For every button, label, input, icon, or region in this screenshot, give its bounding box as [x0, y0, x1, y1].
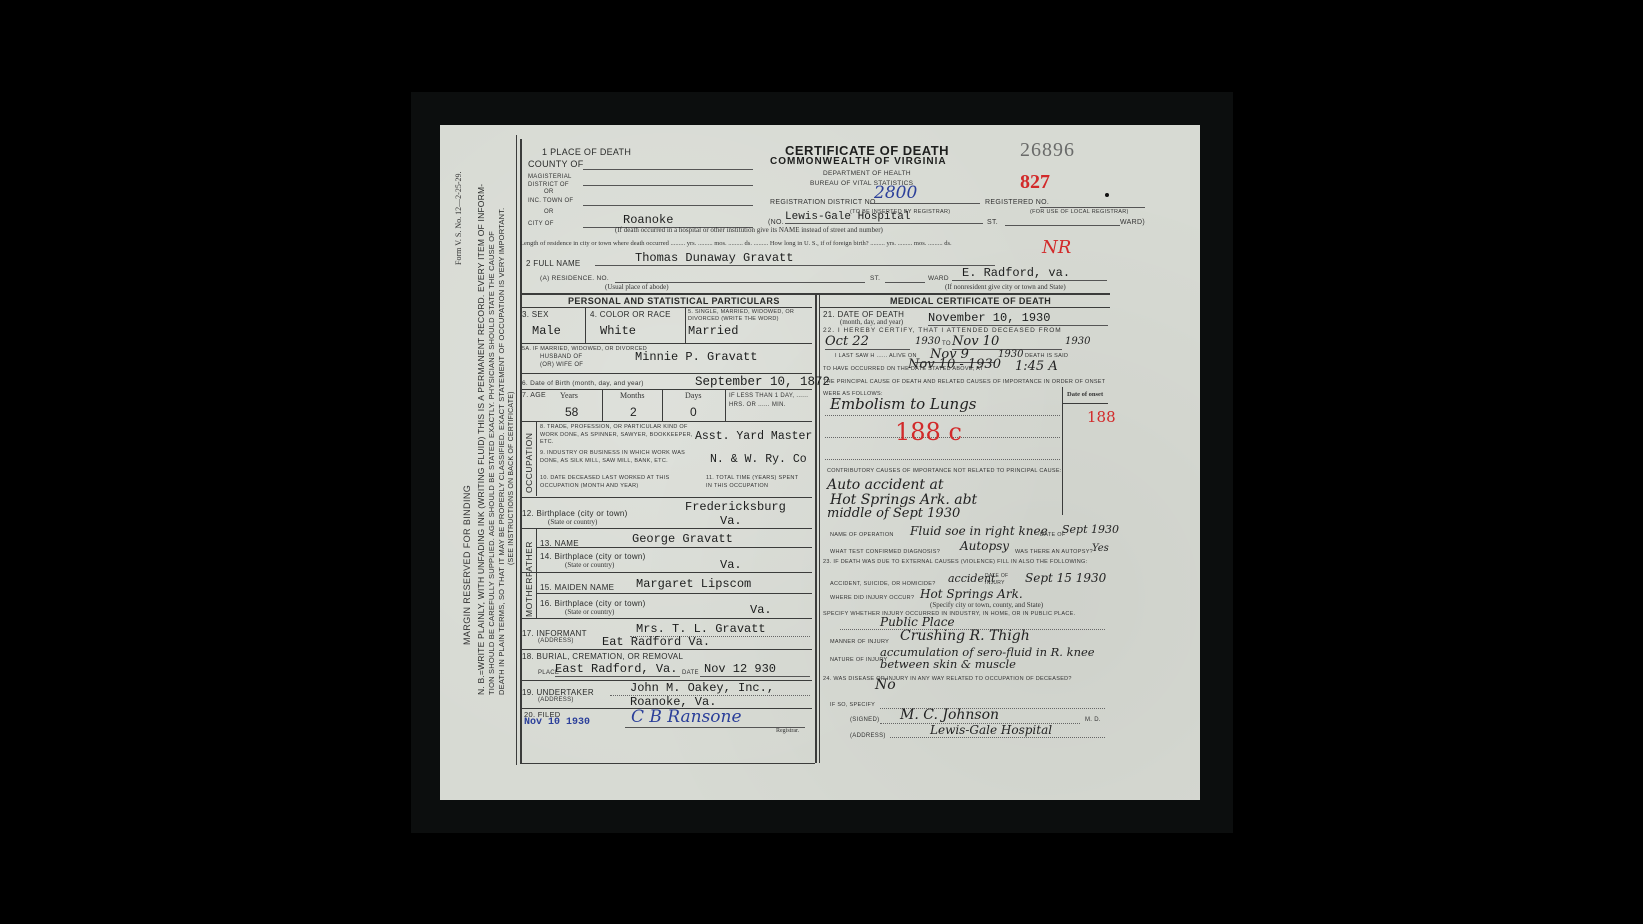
column-divider	[819, 293, 820, 763]
injury-date-label: Date of injury	[985, 573, 1019, 587]
sex-label: 3. Sex	[522, 310, 549, 319]
instructions-line-3: Death in Plain Terms, so That it May be …	[497, 208, 506, 695]
medical-header: Medical Certificate of Death	[890, 296, 1051, 306]
dob-label: 6. Date of Birth (month, day, and year)	[522, 380, 644, 387]
total-time-label: 11. Total time (years) spent in this occ…	[706, 475, 806, 490]
institution-note: (If death occurred in a hospital or othe…	[615, 226, 883, 234]
or-label: or	[544, 209, 554, 215]
occurred-on-value: Nov 10 - 1930	[908, 357, 1001, 372]
reg-district-label: Registration District No.	[770, 199, 878, 206]
race-value: White	[600, 324, 636, 338]
divider	[536, 547, 812, 548]
autopsy-label: Was there an autopsy?	[1015, 549, 1093, 555]
signed-label: (Signed)	[850, 717, 879, 723]
form-number: Form V. S. No. 12—2-25-29.	[454, 172, 463, 266]
undertaker-label: 19. Undertaker	[522, 688, 594, 697]
instructions-line-2: tion Should be Carefully Supplied. Age S…	[487, 231, 496, 695]
divider	[520, 649, 812, 650]
burial-date-label: Date	[682, 670, 699, 676]
divider	[536, 593, 812, 594]
mother-state-label: (State or country)	[565, 608, 614, 616]
nature-label: Nature of injury	[830, 657, 887, 663]
father-name-value: George Gravatt	[632, 532, 733, 546]
burial-label: 18. Burial, Cremation, or Removal	[522, 652, 683, 661]
magisterial-label: Magisterial District of	[528, 173, 578, 189]
certify-label: 22. I hereby certify, that I attended de…	[823, 327, 1062, 334]
autopsy-value: Yes	[1092, 543, 1109, 554]
stamp-number: 26896	[1020, 139, 1075, 162]
operation-date-value: Sept 1930	[1062, 523, 1119, 536]
less-than-label: If less than 1 day, ...... hrs. or .....…	[729, 392, 809, 410]
divider	[520, 572, 812, 573]
residence-ward-value: E. Radford, va.	[952, 266, 1107, 281]
injury-where-note: (Specify city or town, county, and State…	[930, 601, 1043, 609]
test-label: What test confirmed diagnosis?	[830, 549, 940, 555]
certificate-state: Commonwealth of Virginia	[770, 156, 947, 167]
spouse-husband-label: Husband of	[540, 354, 582, 360]
red-cause-code: 188 c	[895, 418, 962, 446]
operation-label: Name of operation	[830, 532, 894, 538]
onset-column-divider	[1062, 387, 1063, 515]
divider	[520, 497, 812, 498]
years-label: Years	[560, 391, 578, 400]
dod-sublabel: (month, day, and year)	[840, 318, 903, 326]
informant-label: 17. Informant	[522, 629, 587, 638]
informant-address-value: Eat Radford Va.	[602, 635, 710, 649]
external-causes-label: 23. If death was due to external causes …	[823, 558, 1108, 566]
spouse-value: Minnie P. Gravatt	[635, 350, 757, 364]
death-certificate: Form V. S. No. 12—2-25-29. Margin Reserv…	[440, 125, 1200, 800]
marital-label: 5. Single, Married, Widowed, or Divorced…	[688, 309, 813, 323]
full-name-value: Thomas Dunaway Gravatt	[595, 251, 995, 266]
undertaker-address-label: (Address)	[538, 697, 574, 703]
operation-value: Fluid soe in right knee	[910, 524, 1048, 538]
residence-ward-label: Ward	[928, 275, 949, 282]
margin-line	[516, 135, 517, 765]
mother-state-value: Va.	[750, 603, 772, 617]
occupation-side-label: Occupation	[524, 433, 534, 493]
cell-divider	[662, 389, 663, 421]
divider	[1062, 403, 1108, 404]
magisterial-line	[583, 185, 753, 186]
occurred-time-value: 1:45 A	[1015, 359, 1058, 374]
residence-length-label: Length of residence in city or town wher…	[520, 240, 952, 247]
mother-maiden-label: 15. Maiden Name	[540, 583, 614, 592]
institution-prefix: (No.	[768, 219, 784, 226]
onset-label: Date of onset	[1067, 391, 1103, 398]
cell-divider	[602, 389, 603, 421]
institution-st-label: St.	[987, 219, 998, 226]
principal-cause-value: Embolism to Lungs	[830, 395, 977, 413]
physician-signature: M. C. Johnson	[880, 707, 1080, 724]
red-onset-code: 188	[1087, 408, 1116, 426]
red-number: 827	[1020, 171, 1050, 194]
reg-district-value: 2800	[870, 183, 980, 204]
industry-label: 9. Industry or business in which work wa…	[540, 450, 700, 465]
contributory-label: Contributory causes of importance not re…	[827, 467, 1067, 475]
physician-address-label: (Address)	[850, 733, 886, 739]
residence-label: (A) Residence. No.	[540, 275, 609, 282]
trade-label: 8. Trade, profession, or particular kind…	[540, 424, 700, 447]
registrar-label: Registrar.	[776, 728, 799, 734]
cell-divider	[685, 307, 686, 343]
attended-to-year: 1930	[1065, 336, 1090, 347]
cell-divider	[536, 421, 537, 496]
personal-header: Personal and Statistical Particulars	[568, 296, 780, 306]
dot-mark	[1105, 193, 1109, 197]
cell-divider	[536, 528, 537, 618]
father-birthplace-label: 14. Birthplace (city or town)	[540, 552, 646, 561]
divider	[520, 618, 812, 619]
birthplace-label: 12. Birthplace (city or town)	[522, 509, 628, 518]
age-days-value: 0	[690, 405, 697, 419]
birthplace-city-value: Fredericksburg	[685, 500, 786, 514]
sex-value: Male	[532, 324, 561, 338]
contributory-line-3: middle of Sept 1930	[827, 506, 960, 521]
instructions-line-1: N. B.=Write Plainly, with Unfading Ink (…	[476, 184, 486, 695]
cell-divider	[725, 389, 726, 421]
filed-date-stamp: Nov 10 1930	[524, 717, 590, 728]
father-state-label: (State or country)	[565, 561, 614, 569]
if-so-label: If so, specify	[830, 702, 875, 708]
column-divider	[815, 293, 817, 763]
divider	[520, 389, 812, 390]
last-saw-label: I last saw h ...... alive on	[835, 353, 917, 359]
burial-place-value: East Radford, Va.	[555, 662, 680, 677]
red-nr-mark: NR	[1042, 237, 1071, 258]
margin-line	[520, 139, 522, 764]
county-line	[583, 169, 753, 170]
dod-value: November 10, 1930	[928, 311, 1108, 326]
registered-no-line	[1040, 207, 1145, 208]
manner-value: Crushing R. Thigh	[900, 628, 1030, 644]
injury-where-value: Hot Springs Ark.	[920, 587, 1023, 601]
divider	[520, 421, 812, 422]
last-worked-label: 10. Date deceased last worked at this oc…	[540, 475, 690, 490]
residence-note: (Usual place of abode)	[605, 283, 669, 291]
marital-value: Married	[688, 324, 738, 338]
divider	[520, 343, 812, 344]
birthplace-state-value: Va.	[720, 514, 742, 528]
days-label: Days	[685, 391, 701, 400]
mother-side-label: Mother	[524, 577, 534, 617]
city-label: City of	[528, 221, 554, 227]
birthplace-state-label: (State or country)	[548, 518, 597, 526]
attended-from-value: Oct 22	[825, 334, 910, 350]
bottom-border	[520, 763, 815, 764]
age-months-value: 2	[630, 405, 637, 419]
related-label: 24. Was disease or injury in any way rel…	[823, 672, 1108, 686]
full-name-label: 2 Full Name	[526, 259, 581, 268]
burial-date-value: Nov 12 930	[700, 662, 810, 677]
registered-no-label: Registered No.	[985, 199, 1049, 206]
dob-value: September 10, 1872	[695, 375, 830, 389]
cause-line	[825, 459, 1060, 460]
injury-where-label: Where did injury occur?	[830, 595, 914, 601]
divider	[520, 307, 812, 308]
institution-value: Lewis-Gale Hospital	[785, 211, 983, 224]
registered-no-note: (For use of local Registrar)	[1030, 209, 1129, 215]
industry-value: N. & W. Ry. Co	[710, 453, 807, 466]
department-label: Department of Health	[823, 170, 911, 177]
registrar-signature: C B Ransone	[625, 707, 805, 728]
cell-divider	[585, 307, 586, 343]
inc-town-label: Inc. Town of	[528, 198, 573, 204]
age-years-value: 58	[565, 405, 578, 419]
or-label: or	[544, 189, 554, 195]
institution-street-line	[1005, 225, 1120, 226]
spouse-wife-label: (or) Wife of	[540, 362, 583, 368]
instructions-line-4: (See Instructions on Back of Certificate…	[508, 391, 515, 565]
mother-birthplace-label: 16. Birthplace (city or town)	[540, 599, 646, 608]
related-value: No	[875, 677, 896, 693]
margin-note: Margin Reserved for Binding	[462, 485, 472, 645]
nature-value: accumulation of sero-fluid in R. knee be…	[880, 646, 1110, 670]
months-label: Months	[620, 391, 644, 400]
test-value: Autopsy	[960, 539, 1009, 553]
nonresident-note: (If nonresident give city or town and St…	[945, 283, 1066, 291]
spouse-label: 5a. If married, widowed, or divorced	[522, 346, 647, 352]
institution-ward-label: Ward)	[1120, 219, 1145, 226]
residence-st-line	[885, 282, 925, 283]
race-label: 4. Color or Race	[590, 310, 671, 319]
cause-line	[825, 415, 1060, 416]
county-label: County of	[528, 159, 584, 169]
place-of-death-label: 1 Place of Death	[542, 147, 631, 157]
father-state-value: Va.	[720, 558, 742, 572]
divider	[520, 528, 812, 529]
undertaker-value: John M. Oakey, Inc.,	[610, 681, 810, 696]
age-label: 7. Age	[522, 392, 546, 399]
attended-from-year: 1930	[915, 336, 940, 347]
divider	[520, 373, 812, 374]
physician-address-value: Lewis-Gale Hospital	[890, 723, 1105, 738]
trade-value: Asst. Yard Master	[695, 430, 812, 443]
mother-maiden-value: Margaret Lipscom	[636, 577, 751, 591]
informant-address-label: (Address)	[538, 638, 574, 644]
divider	[820, 307, 1110, 308]
inc-town-line	[583, 205, 753, 206]
injury-date-value: Sept 15 1930	[1025, 571, 1106, 585]
contributory-line-1: Auto accident at	[827, 477, 943, 493]
residence-st-label: St.	[870, 275, 880, 282]
